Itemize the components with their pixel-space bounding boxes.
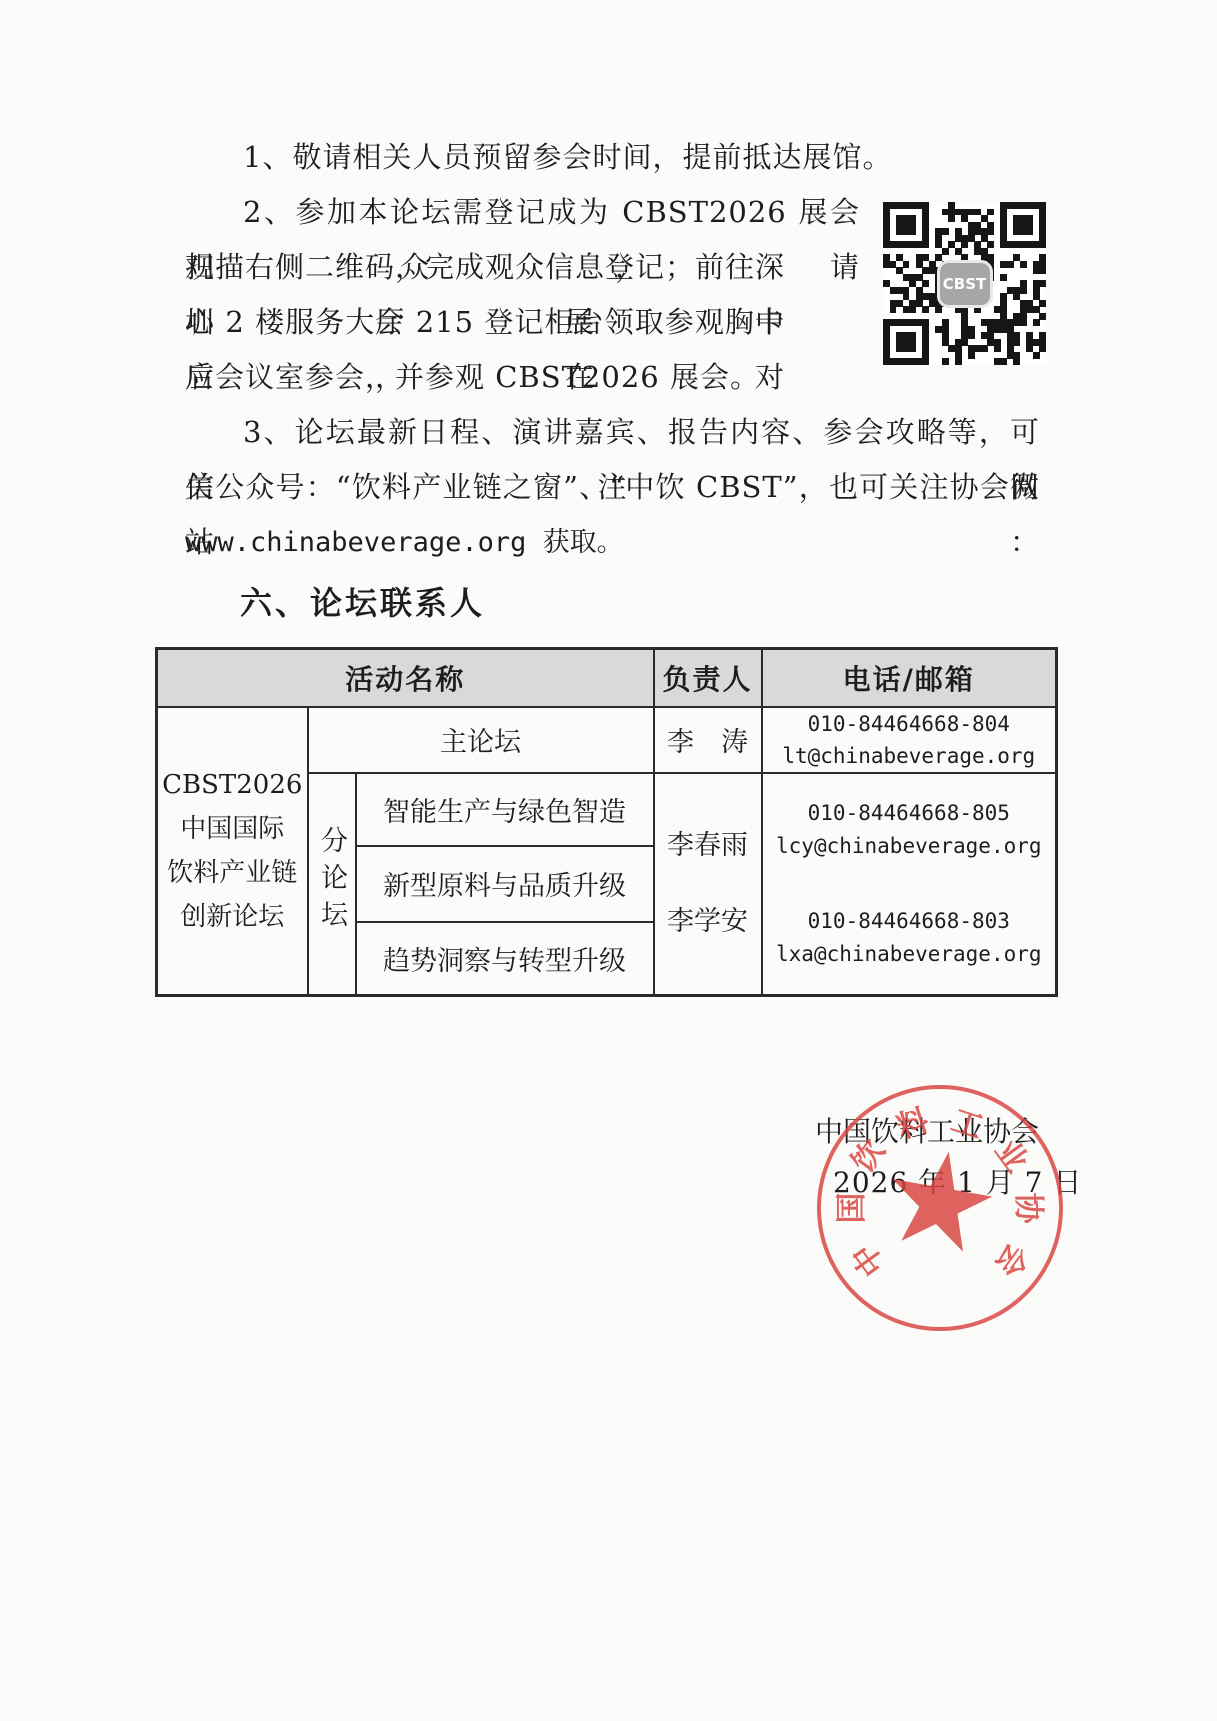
spacer [655,863,761,905]
sub-forum-email-2: lxa@chinabeverage.org [763,938,1056,971]
table-header-row: 活动名称 负责人 电话/邮箱 [157,649,1057,707]
sub-forum-person-1: 李春雨 [655,829,761,863]
header-contact: 电话/邮箱 [762,649,1057,707]
spacer [763,863,1056,905]
cell-sub-forum-persons: 李春雨 李学安 [654,773,762,996]
qr-center-logo: CBST [937,260,993,308]
sub-forum-phone-2: 010-84464668-803 [763,905,1056,938]
seal-char: 中 [844,1235,894,1285]
cell-main-forum-person: 李 涛 [654,707,762,773]
cell-forum-group: CBST2026 中国国际 饮料产业链 创新论坛 [157,707,308,996]
cell-main-forum-contact: 010-84464668-804 lt@chinabeverage.org [762,707,1057,773]
paragraph-line-6: 3、论坛最新日程、演讲嘉宾、报告内容、参会攻略等，可关注微 [185,405,1040,460]
sub-forum-contact-1: 010-84464668-805 lcy@chinabeverage.org [763,797,1056,863]
table-row-main-forum: CBST2026 中国国际 饮料产业链 创新论坛 主论坛 李 涛 010-844… [157,707,1057,773]
forum-group-line: 饮料产业链 [158,851,307,895]
signature-date: 2026 年 1 月 7 日 [833,1161,1082,1201]
sub-forum-label: 分论坛 [318,826,345,937]
sub-forum-phone-1: 010-84464668-805 [763,797,1056,830]
header-person: 负责人 [654,649,762,707]
section-heading: 六、论坛联系人 [240,578,485,624]
cell-sub-forum-label: 分论坛 [308,773,356,996]
signature-organization: 中国饮料工业协会 [815,1110,1039,1150]
document-page: 1、敬请相关人员预留参会时间，提前抵达展馆。 2、参加本论坛需登记成为 CBST… [0,0,1217,1721]
forum-group-line: 中国国际 [158,807,307,851]
main-forum-phone: 010-84464668-804 [763,708,1056,740]
sub-forum-person-2: 李学安 [655,905,761,939]
forum-group-line: CBST2026 [158,763,307,807]
paragraph-line-7: 信公众号：“饮料产业链之窗”、“中饮 CBST”，也可关注协会网站： [185,460,1040,515]
cell-sub-forum-1: 智能生产与绿色智造 [356,773,654,846]
paragraph-line-3: 扫描右侧二维码，完成观众信息登记；前往深圳会展中 [185,240,785,295]
header-activity: 活动名称 [157,649,654,707]
main-forum-email: lt@chinabeverage.org [763,740,1056,772]
sub-forum-contact-2: 010-84464668-803 lxa@chinabeverage.org [763,905,1056,971]
cell-main-forum-name: 主论坛 [308,707,654,773]
seal-char: 会 [986,1235,1036,1285]
contact-table: 活动名称 负责人 电话/邮箱 CBST2026 中国国际 饮料产业链 创新论坛 … [155,647,1058,997]
cell-sub-forum-2: 新型原料与品质升级 [356,846,654,922]
sub-forum-email-1: lcy@chinabeverage.org [763,830,1056,863]
cell-sub-forum-contacts: 010-84464668-805 lcy@chinabeverage.org 0… [762,773,1057,996]
forum-group-line: 创新论坛 [158,895,307,939]
paragraph-line-1: 1、敬请相关人员预留参会时间，提前抵达展馆。 [185,130,1045,185]
cell-sub-forum-3: 趋势洞察与转型升级 [356,922,654,996]
paragraph-line-2: 2、参加本论坛需登记成为 CBST2026 展会观众，请 [185,185,860,240]
qr-code: CBST [883,202,1046,365]
paragraph-line-4: 心 2 楼服务大厅 215 登记柜台领取参观胸卡后，在对 [185,295,785,350]
